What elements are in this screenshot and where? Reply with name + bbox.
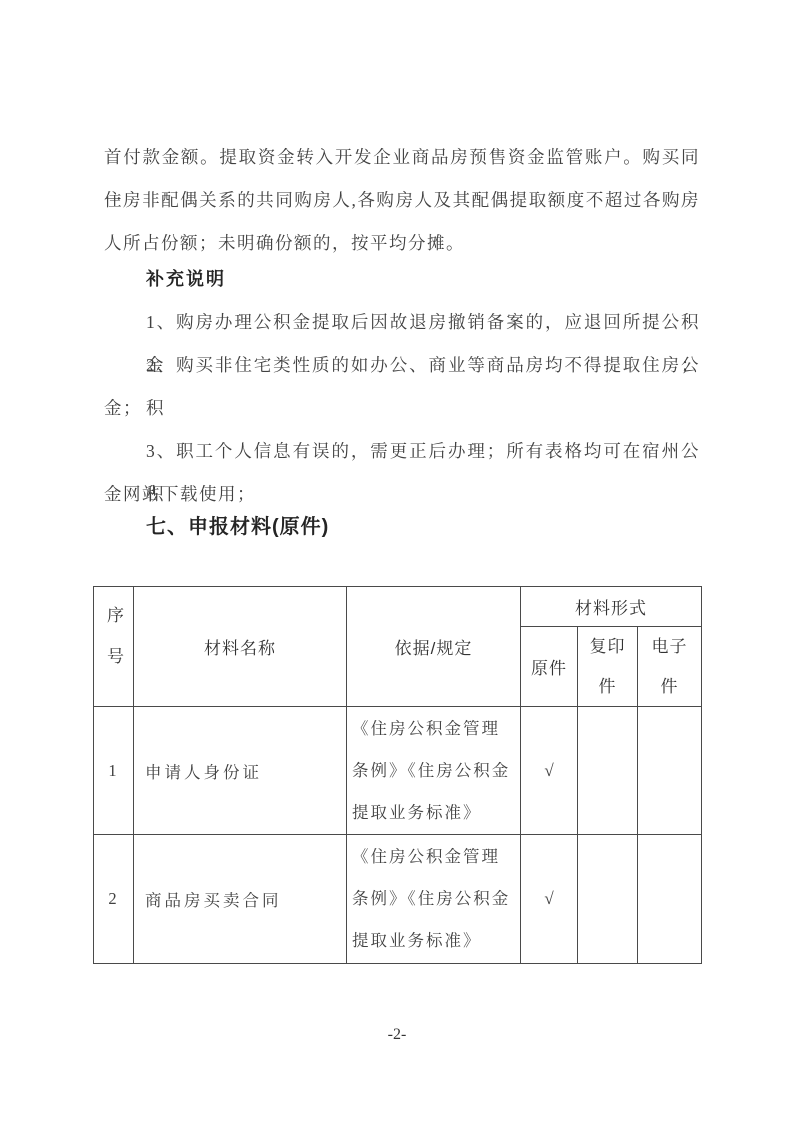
table-header-copy: 复印 件	[578, 627, 638, 707]
note-2-line-2: 金；	[104, 387, 142, 430]
row1-copy-cell	[578, 707, 638, 835]
materials-table: 序号 材料名称 依据/规定 材料形式 原件 复印 件 电子 件 1 申请人身份证…	[93, 586, 702, 964]
note-3-line-1: 3、职工个人信息有误的，需更正后办理；所有表格均可在宿州公积	[146, 430, 700, 473]
row2-seq: 2	[94, 835, 134, 963]
note-1-line-1: 1、购房办理公积金提取后因故退房撤销备案的，应退回所提公积金；	[146, 301, 700, 344]
table-header-basis: 依据/规定	[347, 587, 521, 707]
row1-basis-line1: 《住房公积金管理	[352, 708, 520, 750]
row2-basis-line3: 提取业务标准》	[352, 920, 520, 962]
note-2-line-1: 2、购买非住宅类性质的如办公、商业等商品房均不得提取住房公积	[146, 344, 700, 387]
row1-seq: 1	[94, 707, 134, 835]
table-header-name: 材料名称	[134, 587, 347, 707]
row2-name: 商品房买卖合同	[134, 835, 347, 963]
table-header-electronic: 电子 件	[638, 627, 701, 707]
intro-line-1: 首付款金额。提取资金转入开发企业商品房预售资金监管账户。购买同一	[104, 136, 700, 179]
page-number: -2-	[0, 1026, 794, 1044]
table-header-copy-line2: 件	[599, 667, 617, 707]
row1-basis-line3: 提取业务标准》	[352, 792, 520, 834]
supplement-title: 补充说明	[146, 258, 226, 301]
table-header-copy-line1: 复印	[590, 627, 626, 667]
row1-electronic-cell	[638, 707, 701, 835]
table-header-form-group: 材料形式	[521, 587, 701, 627]
table-header-original: 原件	[521, 627, 578, 707]
table-header-electronic-line2: 件	[661, 667, 679, 707]
row2-electronic-cell	[638, 835, 701, 963]
row2-basis-line2: 条例》《住房公积金	[352, 878, 520, 920]
row2-basis: 《住房公积金管理 条例》《住房公积金 提取业务标准》	[347, 835, 521, 963]
table-header-electronic-line1: 电子	[652, 627, 688, 667]
table-header-seq: 序号	[94, 587, 134, 707]
row1-name: 申请人身份证	[134, 707, 347, 835]
intro-line-2: 住房非配偶关系的共同购房人,各购房人及其配偶提取额度不超过各购房	[104, 179, 700, 222]
row2-copy-cell	[578, 835, 638, 963]
row1-original-checkmark: √	[521, 707, 578, 835]
row1-basis: 《住房公积金管理 条例》《住房公积金 提取业务标准》	[347, 707, 521, 835]
section-heading: 七、申报材料(原件)	[146, 505, 329, 550]
row2-basis-line1: 《住房公积金管理	[352, 836, 520, 878]
document-page: 首付款金额。提取资金转入开发企业商品房预售资金监管账户。购买同一 住房非配偶关系…	[0, 0, 794, 1122]
row1-basis-line2: 条例》《住房公积金	[352, 750, 520, 792]
row2-original-checkmark: √	[521, 835, 578, 963]
